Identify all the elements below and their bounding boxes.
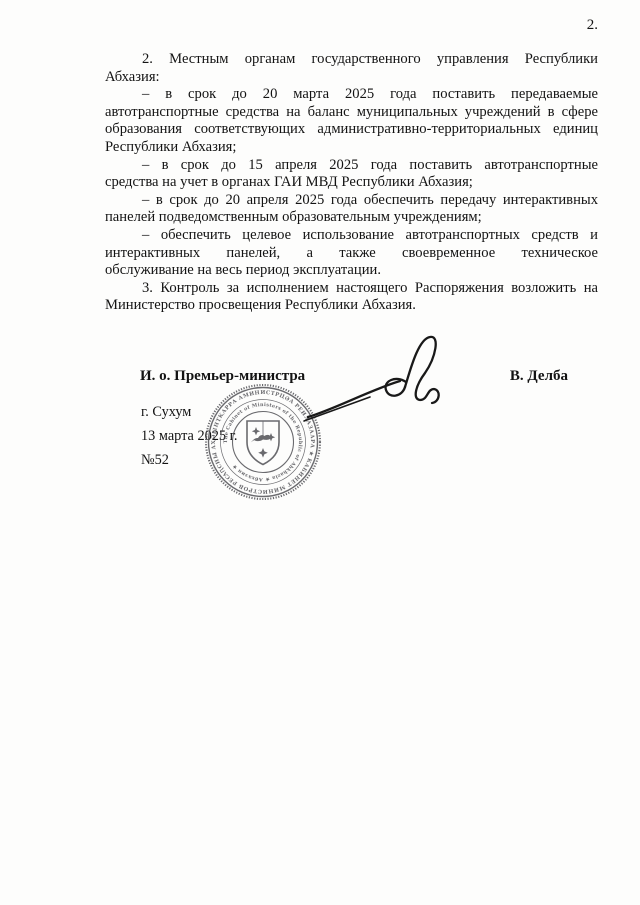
paragraph: – в срок до 15 апреля 2025 года поставит… [105,157,598,192]
text-line: панелей подведомственным образовательным… [105,209,598,227]
text-line: – в срок до 15 апреля 2025 года поставит… [105,157,598,175]
paragraph: – в срок до 20 апреля 2025 года обеспечи… [105,192,598,227]
signature-ink [240,325,452,435]
horseman-icon [250,435,272,443]
paragraph: 2. Местным органам государственного упра… [105,51,598,86]
paragraph: 3. Контроль за исполнением настоящего Ра… [105,280,598,315]
paragraph: – обеспечить целевое использование автот… [105,227,598,280]
paragraph: – в срок до 20 марта 2025 года поставить… [105,86,598,156]
text-line: – в срок до 20 апреля 2025 года обеспечи… [105,192,598,210]
document-body: 2. Местным органам государственного упра… [105,51,598,315]
text-line: интерактивных панелей, а также своевреме… [105,245,598,263]
text-line: Министерство просвещения Республики Абха… [105,297,598,315]
text-line: средства на учет в органах ГАИ МВД Респу… [105,174,598,192]
page-number: 2. [587,17,598,34]
document-page: 2. 2. Местным органам государственного у… [0,0,640,905]
text-line: – в срок до 20 марта 2025 года поставить… [105,86,598,104]
text-line: Республики Абхазия; [105,139,598,157]
text-line: Абхазия: [105,69,598,87]
text-line: 2. Местным органам государственного упра… [105,51,598,69]
text-line: автотранспортные средства на баланс муни… [105,104,598,122]
text-line: – обеспечить целевое использование автот… [105,227,598,245]
text-line: 3. Контроль за исполнением настоящего Ра… [105,280,598,298]
text-line: образования соответствующих администрати… [105,121,598,139]
signatory-name: В. Делба [510,368,568,385]
text-line: обслуживание на весь период эксплуатации… [105,262,598,280]
